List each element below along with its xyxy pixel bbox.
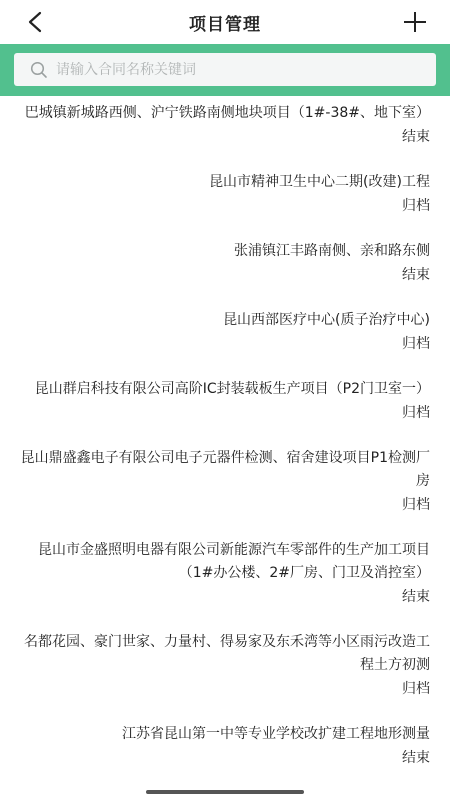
project-status: 结束 [20, 746, 430, 770]
project-name: 昆山鼎盛鑫电子有限公司电子元器件检测、宿舍建设项目P1检测厂房 [20, 447, 430, 493]
plus-icon [403, 10, 427, 34]
add-project-button[interactable] [400, 6, 430, 38]
project-status: 归档 [20, 332, 430, 356]
project-status: 归档 [20, 677, 430, 701]
project-name: 张浦镇江丰路南侧、亲和路东侧 [20, 240, 430, 263]
project-item[interactable]: 名都花园、豪门世家、力量村、得易家及东禾湾等小区雨污改造工程土方初测 归档 [0, 631, 450, 701]
project-name: 名都花园、豪门世家、力量村、得易家及东禾湾等小区雨污改造工程土方初测 [20, 631, 430, 677]
project-name: 江苏省昆山第一中等专业学校改扩建工程地形测量 [20, 723, 430, 746]
chevron-left-icon [27, 11, 43, 33]
project-item[interactable]: 昆山鼎盛鑫电子有限公司电子元器件检测、宿舍建设项目P1检测厂房 归档 [0, 447, 450, 517]
project-item[interactable]: 巴城镇新城路西侧、沪宁铁路南侧地块项目（1#-38#、地下室） 结束 [0, 102, 450, 149]
top-nav-bar: 项目管理 [0, 0, 450, 44]
project-list[interactable]: 巴城镇新城路西侧、沪宁铁路南侧地块项目（1#-38#、地下室） 结束 昆山市精神… [0, 96, 450, 770]
project-status: 结束 [20, 125, 430, 149]
project-name: 昆山群启科技有限公司高阶IC封装载板生产项目（P2门卫室一） [20, 378, 430, 401]
search-box[interactable] [14, 53, 436, 86]
project-item[interactable]: 昆山西部医疗中心(质子治疗中心) 归档 [0, 309, 450, 356]
search-icon [30, 61, 48, 79]
page-title: 项目管理 [189, 10, 261, 35]
project-item[interactable]: 江苏省昆山第一中等专业学校改扩建工程地形测量 结束 [0, 723, 450, 770]
project-status: 归档 [20, 401, 430, 425]
project-status: 归档 [20, 194, 430, 218]
project-name: 昆山市金盛照明电器有限公司新能源汽车零部件的生产加工项目（1#办公楼、2#厂房、… [20, 539, 430, 585]
project-item[interactable]: 张浦镇江丰路南侧、亲和路东侧 结束 [0, 240, 450, 287]
project-item[interactable]: 昆山市精神卫生中心二期(改建)工程 归档 [0, 171, 450, 218]
project-name: 巴城镇新城路西侧、沪宁铁路南侧地块项目（1#-38#、地下室） [20, 102, 430, 125]
project-status: 结束 [20, 263, 430, 287]
search-bar-container [0, 44, 450, 96]
project-name: 昆山市精神卫生中心二期(改建)工程 [20, 171, 430, 194]
project-name: 昆山西部医疗中心(质子治疗中心) [20, 309, 430, 332]
project-status: 归档 [20, 493, 430, 517]
home-indicator[interactable] [146, 790, 304, 794]
project-status: 结束 [20, 585, 430, 609]
project-item[interactable]: 昆山群启科技有限公司高阶IC封装载板生产项目（P2门卫室一） 归档 [0, 378, 450, 425]
back-button[interactable] [20, 6, 50, 38]
project-item[interactable]: 昆山市金盛照明电器有限公司新能源汽车零部件的生产加工项目（1#办公楼、2#厂房、… [0, 539, 450, 609]
search-input[interactable] [56, 62, 436, 78]
